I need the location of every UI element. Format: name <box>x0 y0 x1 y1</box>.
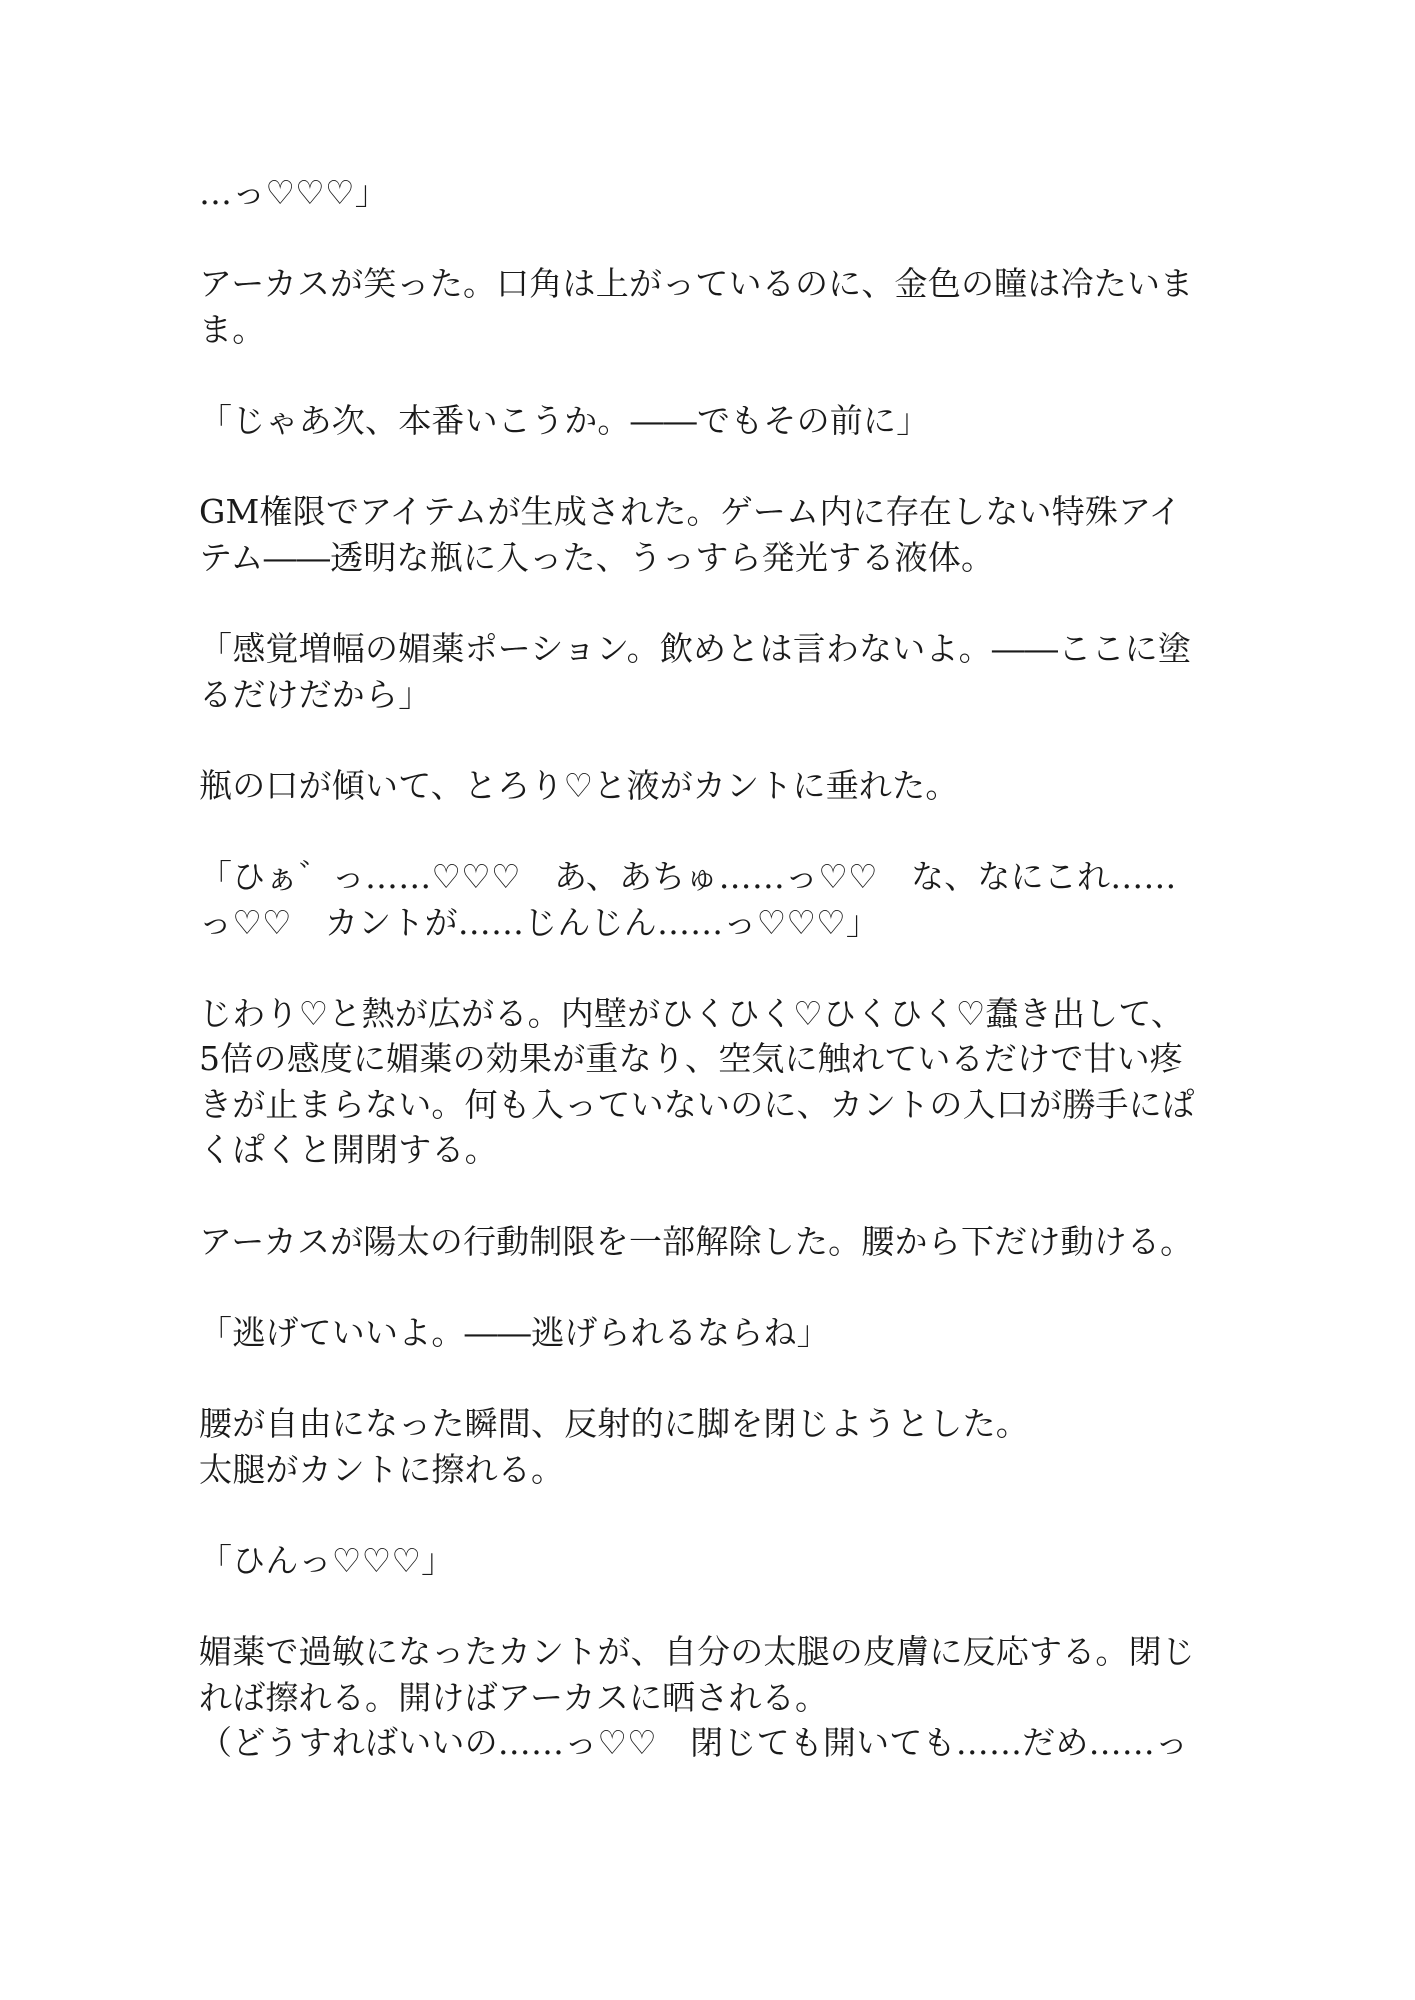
text-line: （どうすればいいの……っ♡♡ 閉じても開いても……だめ……っ <box>199 1720 1315 1766</box>
text-line: …っ♡♡♡」 <box>199 170 1315 216</box>
paragraph: 腰が自由になった瞬間、反射的に脚を閉じようとした。 太腿がカントに擦れる。 <box>199 1401 1315 1492</box>
paragraph: じわり♡と熱が広がる。内壁がひくひく♡ひくひく♡蠢き出して、 5倍の感度に媚薬の… <box>199 991 1315 1173</box>
text-line: 「感覚増幅の媚薬ポーション。飲めとは言わないよ。――ここに塗 <box>199 626 1315 672</box>
text-line: 「ひぁ゛っ……♡♡♡ あ、あちゅ……っ♡♡ な、なにこれ…… <box>199 854 1315 900</box>
paragraph: アーカスが陽太の行動制限を一部解除した。腰から下だけ動ける。 <box>199 1219 1315 1265</box>
text-line: GM権限でアイテムが生成された。ゲーム内に存在しない特殊アイ <box>199 489 1315 535</box>
paragraph: GM権限でアイテムが生成された。ゲーム内に存在しない特殊アイ テム――透明な瓶に… <box>199 489 1315 580</box>
text-line: っ♡♡ カントが……じんじん……っ♡♡♡」 <box>199 900 1315 946</box>
text-line: れば擦れる。開けばアーカスに晒される。 <box>199 1675 1315 1721</box>
text-line: アーカスが陽太の行動制限を一部解除した。腰から下だけ動ける。 <box>199 1219 1315 1265</box>
text-line: きが止まらない。何も入っていないのに、カントの入口が勝手にぱ <box>199 1082 1315 1128</box>
paragraph: 「じゃあ次、本番いこうか。――でもその前に」 <box>199 398 1315 444</box>
paragraph: 「ひぁ゛っ……♡♡♡ あ、あちゅ……っ♡♡ な、なにこれ…… っ♡♡ カントが…… <box>199 854 1315 945</box>
text-line: くぱくと開閉する。 <box>199 1127 1315 1173</box>
paragraph: 「感覚増幅の媚薬ポーション。飲めとは言わないよ。――ここに塗 るだけだから」 <box>199 626 1315 717</box>
paragraph: 媚薬で過敏になったカントが、自分の太腿の皮膚に反応する。閉じ れば擦れる。開けば… <box>199 1629 1315 1766</box>
paragraph: 「ひんっ♡♡♡」 <box>199 1538 1315 1584</box>
novel-page: …っ♡♡♡」 アーカスが笑った。口角は上がっているのに、金色の瞳は冷たいま ま。… <box>0 0 1415 2000</box>
text-line: アーカスが笑った。口角は上がっているのに、金色の瞳は冷たいま <box>199 261 1315 307</box>
text-line: 太腿がカントに擦れる。 <box>199 1447 1315 1493</box>
text-column: …っ♡♡♡」 アーカスが笑った。口角は上がっているのに、金色の瞳は冷たいま ま。… <box>0 0 1415 1766</box>
text-line: 媚薬で過敏になったカントが、自分の太腿の皮膚に反応する。閉じ <box>199 1629 1315 1675</box>
text-line: 「逃げていいよ。――逃げられるならね」 <box>199 1310 1315 1356</box>
text-line: 「ひんっ♡♡♡」 <box>199 1538 1315 1584</box>
text-line: ま。 <box>199 307 1315 353</box>
text-line: 腰が自由になった瞬間、反射的に脚を閉じようとした。 <box>199 1401 1315 1447</box>
text-line: じわり♡と熱が広がる。内壁がひくひく♡ひくひく♡蠢き出して、 <box>199 991 1315 1037</box>
paragraph: …っ♡♡♡」 <box>199 170 1315 216</box>
paragraph: アーカスが笑った。口角は上がっているのに、金色の瞳は冷たいま ま。 <box>199 261 1315 352</box>
text-line: るだけだから」 <box>199 672 1315 718</box>
text-line: テム――透明な瓶に入った、うっすら発光する液体。 <box>199 535 1315 581</box>
paragraph: 瓶の口が傾いて、とろり♡と液がカントに垂れた。 <box>199 763 1315 809</box>
text-line: 「じゃあ次、本番いこうか。――でもその前に」 <box>199 398 1315 444</box>
paragraph: 「逃げていいよ。――逃げられるならね」 <box>199 1310 1315 1356</box>
text-line: 瓶の口が傾いて、とろり♡と液がカントに垂れた。 <box>199 763 1315 809</box>
text-line: 5倍の感度に媚薬の効果が重なり、空気に触れているだけで甘い疼 <box>199 1036 1315 1082</box>
